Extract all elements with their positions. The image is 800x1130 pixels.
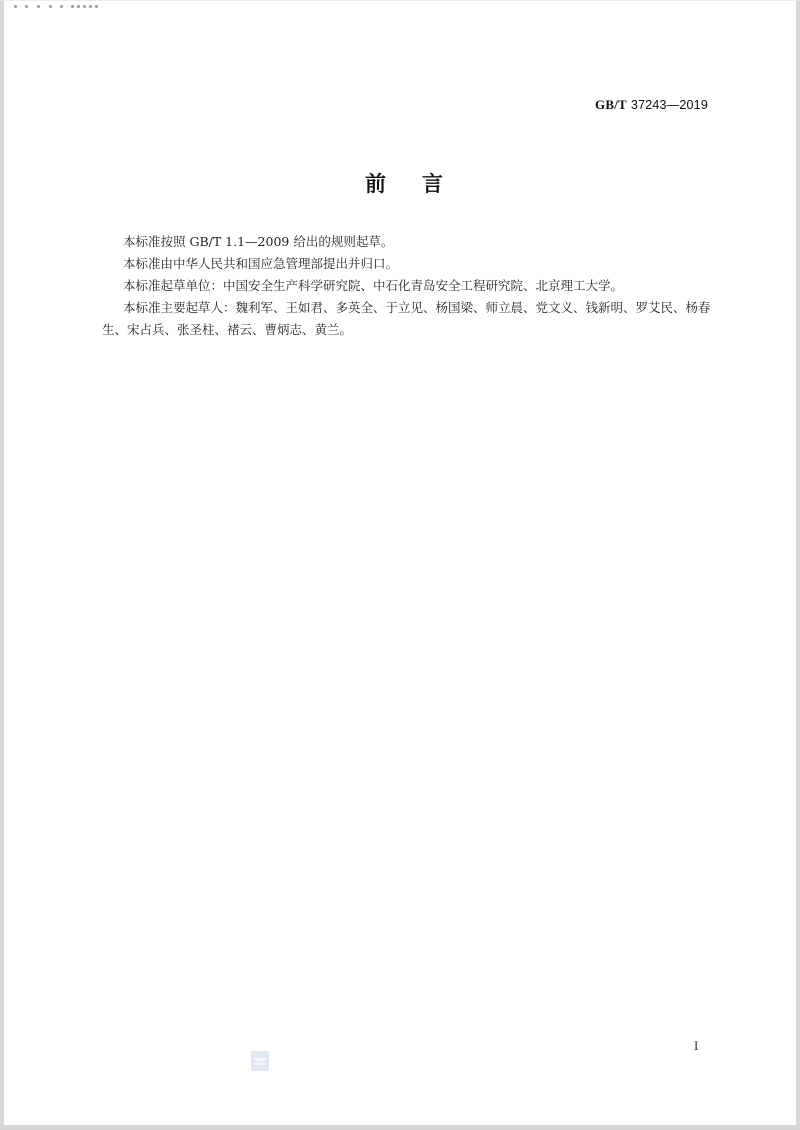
- paragraph-drafters: 本标准主要起草人：魏利军、王如君、多英全、于立见、杨国梁、师立晨、党文义、钱新明…: [102, 297, 722, 341]
- foreword-body: 本标准按照 GB/T 1.1—2009 给出的规则起草。 本标准由中华人民共和国…: [102, 231, 722, 341]
- paragraph-drafting-rules: 本标准按照 GB/T 1.1—2009 给出的规则起草。: [102, 231, 722, 253]
- publisher-logo-icon: [251, 1051, 269, 1071]
- standard-code: GB/T37243—2019: [595, 97, 708, 113]
- page-number: I: [694, 1038, 698, 1054]
- paragraph-proposer: 本标准由中华人民共和国应急管理部提出并归口。: [102, 253, 722, 275]
- title-char-1: 前: [365, 168, 386, 198]
- page-title: 前言: [4, 168, 800, 198]
- paragraph-drafting-units: 本标准起草单位：中国安全生产科学研究院、中石化青岛安全工程研究院、北京理工大学。: [102, 275, 722, 297]
- standard-prefix: GB/T: [595, 97, 627, 112]
- standard-number: 37243—2019: [631, 98, 708, 112]
- document-page: GB/T37243—2019 前言 本标准按照 GB/T 1.1—2009 给出…: [0, 0, 800, 1130]
- title-char-2: 言: [422, 168, 443, 198]
